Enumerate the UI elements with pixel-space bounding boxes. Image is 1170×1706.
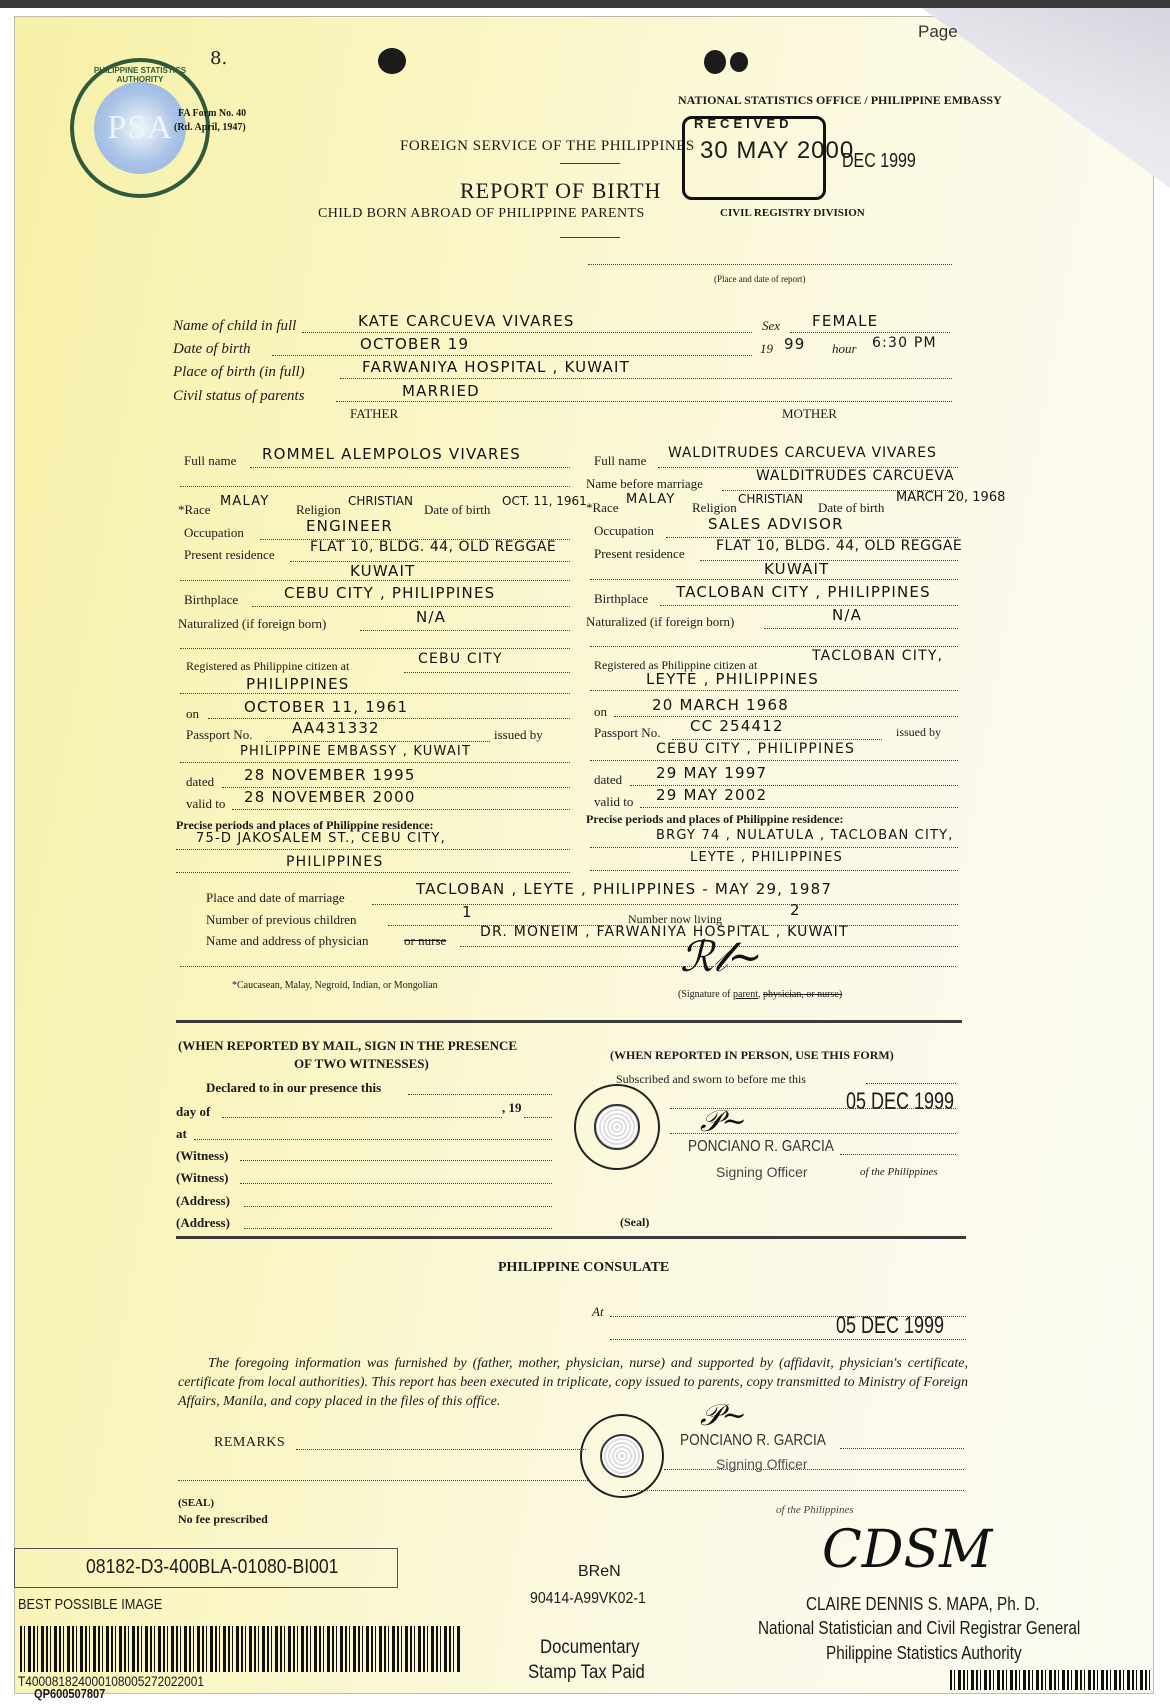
field-line: [180, 693, 570, 694]
mother-name-label: Full name: [594, 453, 646, 469]
address2-line: [244, 1228, 552, 1229]
witness1-line: [240, 1160, 552, 1161]
mother-name-value: WALDITRUDES CARCUEVA VIVARES: [668, 445, 937, 461]
father-valid-label: valid to: [186, 796, 225, 812]
field-line: [266, 741, 490, 742]
consulate-officer-signature: 𝒫~: [700, 1398, 747, 1433]
marriage-value: TACLOBAN , LEYTE , PHILIPPINES - MAY 29,…: [416, 880, 832, 898]
address1-line: [244, 1206, 552, 1207]
child-name-value: KATE CARCUEVA VIVARES: [358, 312, 575, 330]
field-line: [176, 872, 570, 873]
sworn-officer-name: PONCIANO R. GARCIA: [688, 1138, 834, 1156]
embassy-seal-icon: [574, 1084, 660, 1170]
sex-value: FEMALE: [812, 312, 878, 330]
father-valid-value: 28 NOVEMBER 2000: [244, 788, 416, 806]
bren-label: BReN: [578, 1563, 621, 1581]
mother-issued-by-value: CEBU CITY , PHILIPPINES: [656, 741, 855, 757]
ink-blot: [704, 50, 726, 74]
mail-heading-line2: OF TWO WITNESSES): [294, 1056, 429, 1072]
consulate-date-stamp: 05 DEC 1999: [836, 1312, 944, 1340]
stamp-tax-line1: Documentary: [540, 1637, 639, 1659]
mother-religion-value: CHRISTIAN: [738, 492, 803, 506]
mother-dob-label: Date of birth: [818, 500, 884, 516]
field-line: [840, 1448, 964, 1449]
physician-value: DR. MONEIM , FARWANIYA HOSPITAL , KUWAIT: [480, 924, 849, 940]
form-number: FA Form No. 40: [178, 108, 246, 119]
hour-value: 6:30 PM: [872, 335, 937, 351]
person-seal-label: (Seal): [620, 1215, 649, 1230]
marriage-label: Place and date of marriage: [206, 890, 345, 906]
field-line: [670, 1133, 956, 1134]
mother-residence-periods-line1: BRGY 74 , NULATULA , TACLOBAN CITY,: [656, 828, 954, 843]
mother-residence-line1: FLAT 10, BLDG. 44, OLD REGGAE: [716, 538, 962, 554]
father-dated-value: 28 NOVEMBER 1995: [244, 766, 416, 784]
mother-residence-line2: KUWAIT: [764, 560, 829, 578]
father-residence-label: Present residence: [184, 547, 275, 563]
birth-year-value: 99: [784, 335, 806, 353]
consulate-heading: PHILIPPINE CONSULATE: [498, 1260, 669, 1276]
registrar-signature: CDSM: [822, 1520, 992, 1580]
signature-caption: (Signature of parent, physician, or nurs…: [678, 989, 842, 1000]
civil-status-value: MARRIED: [402, 382, 480, 400]
parent-signature: ℛ𝓁~: [680, 932, 763, 982]
father-passport-label: Passport No.: [186, 727, 252, 743]
father-birthplace-label: Birthplace: [184, 592, 238, 608]
field-line: [208, 718, 570, 719]
father-religion-value: CHRISTIAN: [348, 494, 413, 508]
father-name-label: Full name: [184, 453, 236, 469]
field-line: [610, 1339, 966, 1340]
mother-birthplace-label: Birthplace: [594, 591, 648, 607]
witness2-label: (Witness): [176, 1170, 228, 1186]
field-line: [590, 646, 958, 647]
mother-birthplace-value: TACLOBAN CITY , PHILIPPINES: [676, 583, 931, 601]
dob-label: Date of birth: [173, 341, 251, 358]
field-line: [590, 579, 958, 580]
now-living-value: 2: [790, 901, 801, 919]
received-stamp-top: NATIONAL STATISTICS OFFICE / PHILIPPINE …: [678, 93, 1002, 108]
field-line: [180, 648, 570, 649]
sworn-date-stamp: 05 DEC 1999: [846, 1088, 954, 1116]
service-line: FOREIGN SERVICE OF THE PHILIPPINES: [400, 138, 695, 155]
father-registered-line2: PHILIPPINES: [246, 675, 349, 693]
divider: [560, 163, 620, 164]
witness1-label: (Witness): [176, 1148, 228, 1164]
father-residence-line1: FLAT 10, BLDG. 44, OLD REGGAE: [310, 539, 556, 555]
field-line: [408, 1094, 552, 1095]
father-issued-by-label: issued by: [494, 727, 543, 743]
field-line: [232, 809, 570, 810]
field-line: [302, 332, 752, 333]
mother-registered-line2: LEYTE , PHILIPPINES: [646, 670, 819, 688]
sworn-of-philippines: of the Philippines: [860, 1166, 938, 1178]
field-line: [590, 870, 958, 871]
consulate-statement: The foregoing information was furnished …: [178, 1354, 968, 1411]
control-number: QP600507807: [34, 1686, 105, 1701]
field-line: [524, 1117, 552, 1118]
mail-year-prefix: , 19: [502, 1100, 522, 1116]
father-race-value: MALAY: [220, 494, 269, 509]
document-subtitle: CHILD BORN ABROAD OF PHILIPPINE PARENTS: [318, 206, 645, 222]
father-on-value: OCTOBER 11, 1961: [244, 698, 408, 716]
field-line: [360, 630, 570, 631]
mail-at-label: at: [176, 1126, 187, 1142]
father-residence-line2: KUWAIT: [350, 562, 415, 580]
father-issued-by-value: PHILIPPINE EMBASSY , KUWAIT: [240, 744, 471, 759]
section-divider: [176, 1020, 962, 1023]
field-line: [372, 904, 958, 905]
prev-children-label: Number of previous children: [206, 912, 357, 928]
father-occupation-label: Occupation: [184, 525, 244, 541]
field-line: [840, 1154, 956, 1155]
bren-number: 90414-A99VK02-1: [530, 1590, 646, 1608]
father-registered-line1: CEBU CITY: [418, 651, 503, 667]
handwritten-mark: 8.: [210, 48, 227, 69]
place-date-line: [588, 264, 952, 265]
registrar-title: National Statistician and Civil Registra…: [758, 1618, 1080, 1639]
fee-label: No fee prescribed: [178, 1512, 268, 1527]
barcode-icon: [20, 1626, 460, 1672]
year-prefix: 19: [760, 341, 773, 357]
pob-value: FARWANIYA HOSPITAL , KUWAIT: [362, 358, 630, 376]
secondary-barcode-icon: [950, 1670, 1150, 1690]
declared-label: Declared to in our presence this: [206, 1080, 381, 1096]
race-footnote: *Caucasean, Malay, Negroid, Indian, or M…: [232, 980, 438, 991]
mother-residence-periods-label: Precise periods and places of Philippine…: [586, 812, 844, 827]
registrar-agency: Philippine Statistics Authority: [826, 1643, 1022, 1664]
consulate-officer-name: PONCIANO R. GARCIA: [680, 1432, 826, 1450]
field-line: [180, 966, 956, 967]
signature-caption-prefix: (Signature of: [678, 989, 731, 1000]
mother-on-label: on: [594, 704, 607, 720]
ink-blot: [730, 52, 748, 72]
consulate-seal-label: (SEAL): [178, 1497, 214, 1509]
divider: [560, 237, 620, 238]
mother-maiden-value: WALDITRUDES CARCUEVA: [756, 468, 954, 484]
field-line: [622, 1490, 964, 1491]
consulate-at-label: At: [592, 1304, 604, 1320]
field-line: [340, 378, 952, 379]
report-date-stamp: DEC 1999: [842, 150, 916, 173]
field-line: [290, 561, 570, 562]
father-dob-value: OCT. 11, 1961: [502, 494, 587, 508]
mother-dated-label: dated: [594, 772, 622, 788]
civil-status-label: Civil status of parents: [173, 388, 305, 405]
best-image-label: BEST POSSIBLE IMAGE: [18, 1596, 162, 1613]
field-line: [664, 1469, 964, 1470]
mother-issued-by-label: issued by: [896, 725, 941, 740]
child-name-label: Name of child in full: [173, 318, 296, 335]
mother-residence-periods-line2: LEYTE , PHILIPPINES: [690, 850, 843, 865]
section-divider: [176, 1236, 966, 1239]
mother-maiden-label: Name before marriage: [586, 476, 703, 492]
registrar-name: CLAIRE DENNIS S. MAPA, Ph. D.: [806, 1594, 1040, 1615]
father-dob-label: Date of birth: [424, 502, 490, 518]
field-line: [180, 580, 570, 581]
field-line: [252, 606, 570, 607]
mother-occupation-value: SALES ADVISOR: [708, 515, 844, 533]
received-stamp-bottom: CIVIL REGISTRY DIVISION: [720, 207, 865, 219]
mother-passport-label: Passport No.: [594, 725, 660, 741]
place-date-caption: (Place and date of report): [714, 274, 805, 284]
field-line: [590, 760, 958, 761]
mother-residence-label: Present residence: [594, 546, 685, 562]
mother-naturalized-label: Naturalized (if foreign born): [586, 614, 734, 630]
field-line: [272, 355, 752, 356]
consulate-of-philippines: of the Philippines: [776, 1504, 854, 1516]
mother-dated-value: 29 MAY 1997: [656, 764, 767, 782]
field-line: [672, 739, 882, 740]
address2-label: (Address): [176, 1215, 230, 1231]
page-label: Page: [918, 22, 958, 42]
field-line: [590, 690, 958, 691]
mail-heading-line1: (WHEN REPORTED BY MAIL, SIGN IN THE PRES…: [178, 1038, 517, 1054]
mother-occupation-label: Occupation: [594, 523, 654, 539]
remarks-line: [178, 1480, 588, 1481]
field-line: [764, 628, 958, 629]
mother-valid-label: valid to: [594, 794, 633, 810]
father-on-label: on: [186, 706, 199, 722]
document-title: REPORT OF BIRTH: [460, 178, 661, 204]
person-heading: (WHEN REPORTED IN PERSON, USE THIS FORM): [610, 1048, 894, 1063]
viewer-top-bar: [0, 0, 1170, 8]
day-of-label: day of: [176, 1104, 210, 1120]
field-line: [176, 849, 570, 850]
field-line: [660, 605, 958, 606]
father-name-value: ROMMEL ALEMPOLOS VIVARES: [262, 445, 521, 463]
father-heading: FATHER: [350, 406, 398, 422]
field-line: [336, 401, 952, 402]
sex-label: Sex: [762, 318, 780, 334]
mother-religion-label: Religion: [692, 500, 737, 516]
mother-passport-value: CC 254412: [690, 717, 784, 735]
physician-struck-text: or nurse: [404, 933, 446, 949]
father-race-label: *Race: [178, 502, 210, 518]
father-passport-value: AA431332: [292, 719, 380, 737]
father-naturalized-value: N/A: [416, 608, 446, 626]
field-line: [222, 1117, 502, 1118]
witness2-line: [240, 1183, 552, 1184]
father-registered-label: Registered as Philippine citizen at: [186, 659, 349, 674]
father-residence-periods-line2: PHILIPPINES: [286, 854, 383, 870]
field-line: [180, 486, 570, 487]
pob-label: Place of birth (in full): [173, 364, 305, 381]
consulate-seal-icon: [580, 1414, 664, 1498]
mother-heading: MOTHER: [782, 406, 837, 422]
hour-label: hour: [832, 341, 857, 357]
field-line: [404, 672, 570, 673]
father-occupation-value: ENGINEER: [306, 517, 393, 535]
form-revision: (Rd. April, 1947): [174, 122, 246, 133]
father-residence-periods-line1: 75-D JAKOSALEM ST., CEBU CITY,: [196, 831, 446, 846]
stamp-tax-line2: Stamp Tax Paid: [528, 1662, 645, 1684]
dob-value: OCTOBER 19: [360, 335, 469, 353]
mother-on-value: 20 MARCH 1968: [652, 696, 789, 714]
mother-race-label: *Race: [586, 500, 618, 516]
received-date: 30 MAY 2000: [700, 137, 854, 165]
sworn-label: Subscribed and sworn to before me this: [616, 1072, 806, 1087]
field-line: [614, 716, 958, 717]
father-naturalized-label: Naturalized (if foreign born): [178, 616, 326, 632]
field-line: [180, 762, 570, 763]
field-line: [866, 1083, 956, 1084]
prev-children-value: 1: [462, 903, 473, 921]
mother-valid-value: 29 MAY 2002: [656, 786, 767, 804]
field-line: [590, 847, 958, 848]
mother-registered-line1: TACLOBAN CITY,: [812, 648, 943, 664]
remarks-label: REMARKS: [214, 1435, 285, 1451]
father-dated-label: dated: [186, 774, 214, 790]
reference-number: 08182-D3-400BLA-01080-BI001: [86, 1556, 338, 1579]
signature-caption-struck: physician, or nurse): [763, 989, 842, 1000]
ink-blot: [378, 48, 406, 74]
field-line: [640, 807, 958, 808]
field-line: [250, 467, 570, 468]
mother-naturalized-value: N/A: [832, 606, 862, 624]
mother-race-value: MALAY: [626, 492, 675, 507]
sworn-officer-title: Signing Officer: [716, 1164, 808, 1180]
father-religion-label: Religion: [296, 502, 341, 518]
father-birthplace-value: CEBU CITY , PHILIPPINES: [284, 584, 495, 602]
signature-caption-parent: parent: [733, 989, 758, 1000]
field-line: [790, 332, 950, 333]
field-line: [194, 1139, 552, 1140]
received-word: RECEIVED: [694, 116, 792, 131]
address1-label: (Address): [176, 1193, 230, 1209]
physician-label: Name and address of physician: [206, 933, 368, 949]
remarks-line: [296, 1449, 586, 1450]
mother-dob-value: MARCH 20, 1968: [896, 490, 1005, 505]
